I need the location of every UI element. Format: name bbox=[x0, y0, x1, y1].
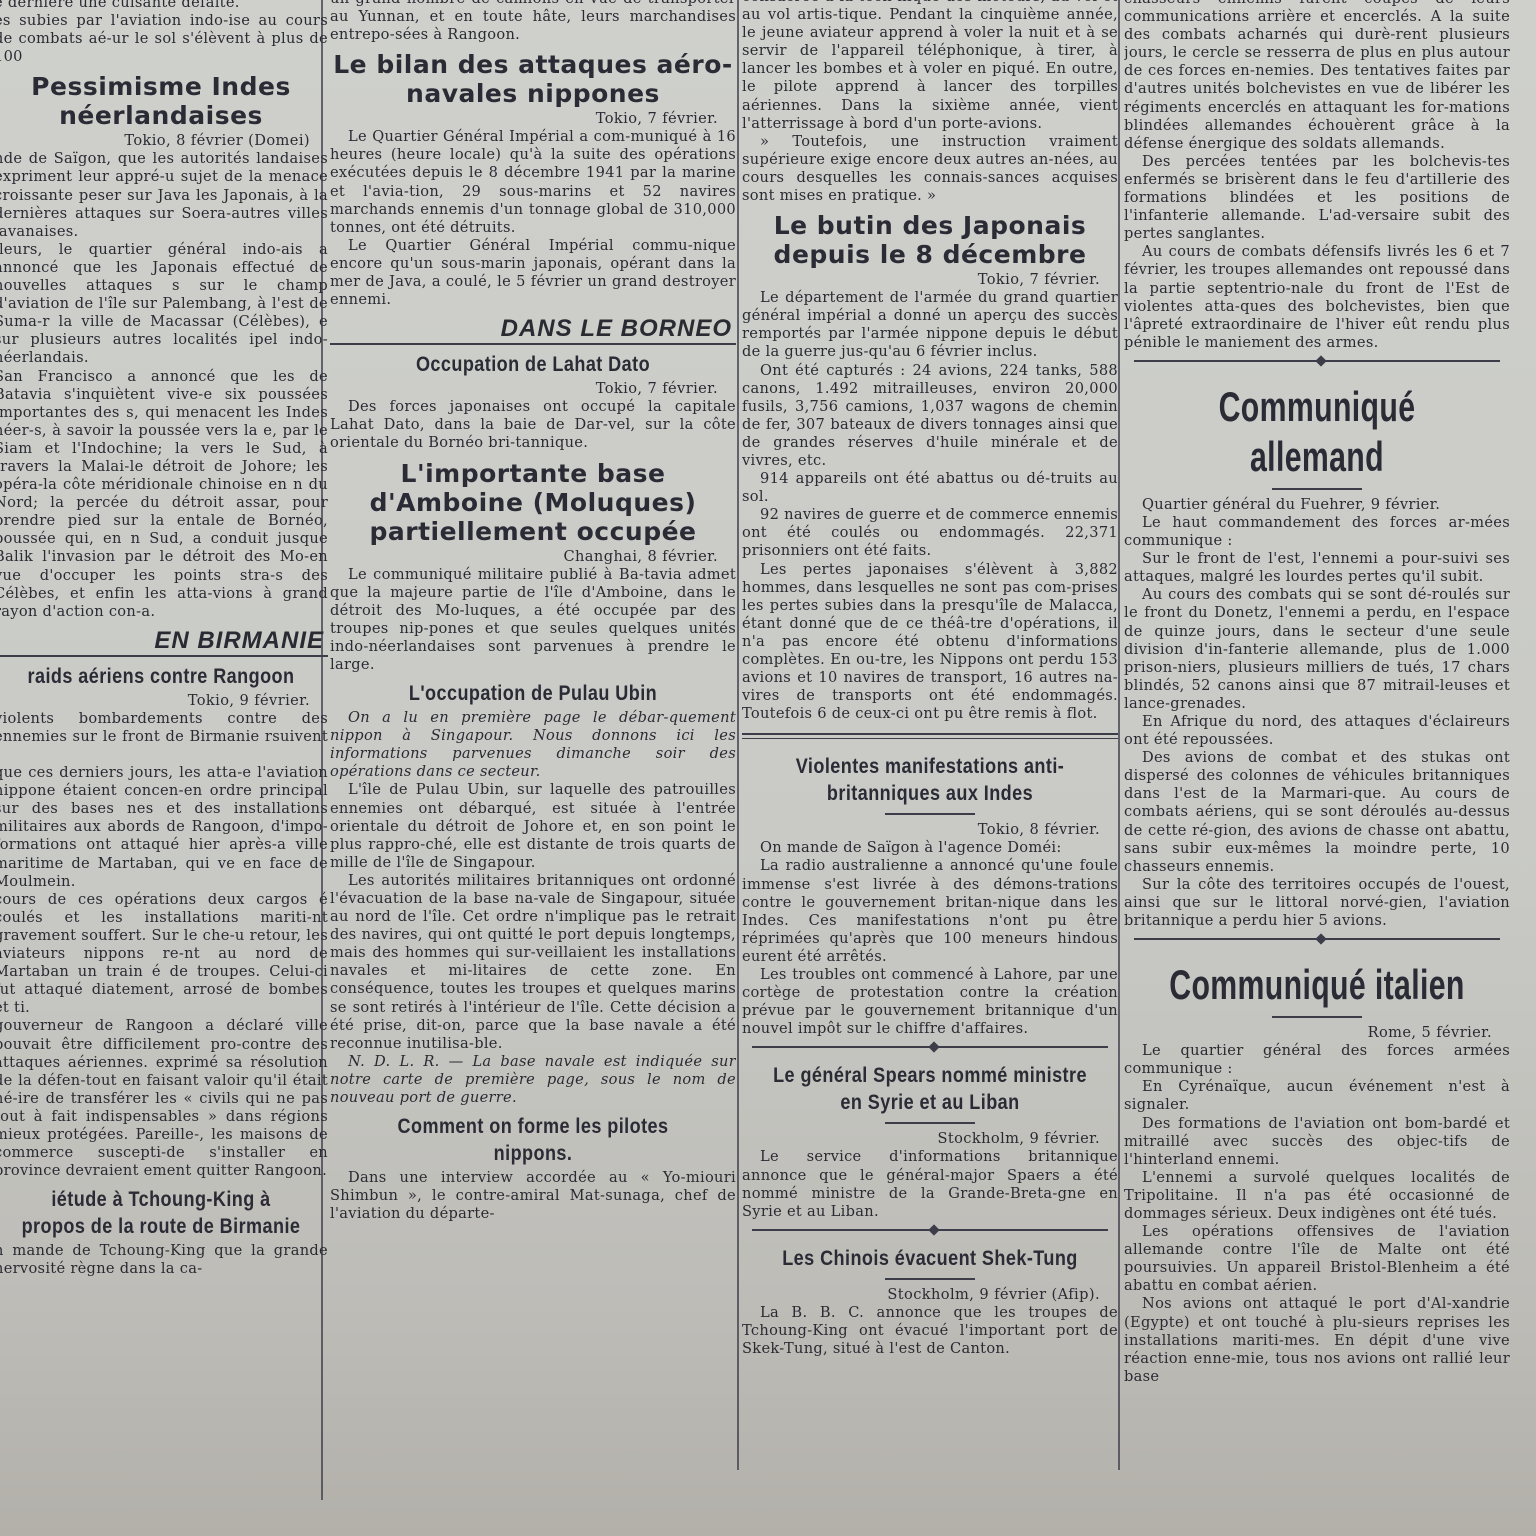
paragraph: Dans une interview accordée au « Yo-miou… bbox=[330, 1169, 736, 1223]
divider bbox=[1272, 1016, 1362, 1018]
headline: Le bilan des attaques aéro-navales nippo… bbox=[330, 50, 736, 108]
dateline: Tokio, 8 février (Domei) bbox=[0, 132, 328, 150]
paragraph: Le Quartier Général Impérial commu-nique… bbox=[330, 237, 736, 309]
paragraph: Le quartier général des forces armées co… bbox=[1124, 1042, 1510, 1078]
paragraph: cours de ces opérations deux cargos é co… bbox=[0, 891, 328, 1018]
paragraph: L'ennemi a survolé quelques localités de… bbox=[1124, 1169, 1510, 1223]
paragraph: 914 appareils ont été abattus ou dé-trui… bbox=[742, 470, 1118, 506]
paragraph: Le haut commandement des forces ar-mées … bbox=[1124, 514, 1510, 550]
paragraph: Les autorités militaires britanniques on… bbox=[330, 872, 736, 1053]
paragraph: En Afrique du nord, des attaques d'éclai… bbox=[1124, 713, 1510, 749]
divider bbox=[885, 813, 975, 815]
column-3: consacrée à la tech-nique des moteurs, a… bbox=[742, 0, 1118, 1358]
headline: Occupation de Lahat Dato bbox=[358, 351, 707, 378]
column-2: un grand nombre de camions en vue de tra… bbox=[330, 0, 736, 1223]
paragraph: chasseurs ennemis furent coupés de leurs… bbox=[1124, 0, 1510, 153]
divider bbox=[885, 1122, 975, 1124]
paragraph: Des formations de l'aviation ont bom-bar… bbox=[1124, 1115, 1510, 1169]
double-rule bbox=[742, 733, 1118, 739]
headline: Communiqué italien bbox=[1149, 960, 1485, 1010]
headline: Le général Spears nommé ministre en Syri… bbox=[768, 1062, 1091, 1116]
paragraph: consacrée à la tech-nique des moteurs, a… bbox=[742, 0, 1118, 133]
paragraph: Les troubles ont commencé à Lahore, par … bbox=[742, 966, 1118, 1038]
dateline: Stockholm, 9 février (Afip). bbox=[742, 1286, 1118, 1304]
dateline: Rome, 5 février. bbox=[1124, 1024, 1510, 1042]
column-1: e dernière une cuisante défaite.es subie… bbox=[0, 0, 328, 1278]
paragraph: un grand nombre de camions en vue de tra… bbox=[330, 0, 736, 44]
newspaper-page: e dernière une cuisante défaite.es subie… bbox=[0, 0, 1536, 1536]
paragraph: N. D. L. R. — La base navale est indiqué… bbox=[330, 1053, 736, 1107]
paragraph: Au cours de combats défensifs livrés les… bbox=[1124, 243, 1510, 352]
paragraph: Le communiqué militaire publié à Ba-tavi… bbox=[330, 566, 736, 675]
paragraph: Nos avions ont attaqué le port d'Al-xand… bbox=[1124, 1295, 1510, 1385]
paragraph: Sur le front de l'est, l'ennemi a pour-s… bbox=[1124, 550, 1510, 586]
paragraph: Des avions de combat et des stukas ont d… bbox=[1124, 749, 1510, 876]
paragraph: Au cours des combats qui se sont dé-roul… bbox=[1124, 586, 1510, 713]
paragraph: Quartier général du Fuehrer, 9 février. bbox=[1124, 496, 1510, 514]
section-heading: EN BIRMANIE bbox=[0, 627, 328, 657]
dateline: Tokio, 7 février. bbox=[330, 380, 736, 398]
headline: L'importante base d'Amboine (Moluques) p… bbox=[330, 459, 736, 546]
paragraph: violents bombardements contre des ennemi… bbox=[0, 710, 328, 764]
column-4: chasseurs ennemis furent coupés de leurs… bbox=[1124, 0, 1510, 1386]
paragraph: Des percées tentées par les bolchevis-te… bbox=[1124, 153, 1510, 243]
paragraph: e dernière une cuisante défaite. bbox=[0, 0, 328, 12]
paragraph: Ont été capturés : 24 avions, 224 tanks,… bbox=[742, 362, 1118, 471]
dateline: Changhai, 8 février. bbox=[330, 548, 736, 566]
headline: raids aériens contre Rangoon bbox=[17, 663, 304, 690]
paragraph: On mande de Saïgon à l'agence Doméi: bbox=[742, 839, 1118, 857]
headline: Communiqué allemand bbox=[1149, 382, 1485, 482]
paragraph: lleurs, le quartier général indo-ais a a… bbox=[0, 241, 328, 368]
paragraph: 92 navires de guerre et de commerce enne… bbox=[742, 506, 1118, 560]
dateline: Tokio, 7 février. bbox=[742, 271, 1118, 289]
paragraph: En Cyrénaïque, aucun événement n'est à s… bbox=[1124, 1078, 1510, 1114]
ornament-divider bbox=[752, 1229, 1108, 1237]
paragraph: que ces derniers jours, les atta-e l'avi… bbox=[0, 764, 328, 891]
column-rule bbox=[737, 0, 739, 1470]
paragraph: Des forces japonaises ont occupé la capi… bbox=[330, 398, 736, 452]
column-rule bbox=[1118, 0, 1120, 1470]
ornament-divider bbox=[1134, 938, 1500, 946]
headline: iétude à Tchoung-King à propos de la rou… bbox=[17, 1186, 304, 1240]
ornament-divider bbox=[1134, 360, 1500, 368]
paragraph: Le Quartier Général Impérial a com-muniq… bbox=[330, 128, 736, 237]
paragraph: Le service d'informations britannique an… bbox=[742, 1148, 1118, 1220]
paragraph: es subies par l'aviation indo-ise au cou… bbox=[0, 12, 328, 66]
paragraph: San Francisco a annoncé que les de Batav… bbox=[0, 368, 328, 621]
divider bbox=[1272, 488, 1362, 490]
dateline: Stockholm, 9 février. bbox=[742, 1130, 1118, 1148]
dateline: Tokio, 7 février. bbox=[330, 110, 736, 128]
paragraph: La B. B. C. annonce que les troupes de T… bbox=[742, 1304, 1118, 1358]
divider bbox=[885, 1278, 975, 1280]
paragraph: Le département de l'armée du grand quart… bbox=[742, 289, 1118, 361]
paragraph: nde de Saïgon, que les autorités landais… bbox=[0, 150, 328, 240]
paragraph: » Toutefois, une instruction vraiment su… bbox=[742, 133, 1118, 205]
paragraph: n mande de Tchoung-King que la grande ne… bbox=[0, 1242, 328, 1278]
headline: Pessimisme Indes néerlandaises bbox=[0, 72, 328, 130]
paragraph: Les pertes japonaises s'élèvent à 3,882 … bbox=[742, 561, 1118, 724]
paragraph: On a lu en première page le débar-quemen… bbox=[330, 709, 736, 781]
paragraph: Les opérations offensives de l'aviation … bbox=[1124, 1223, 1510, 1295]
dateline: Tokio, 8 février. bbox=[742, 821, 1118, 839]
paragraph: La radio australienne a annoncé qu'une f… bbox=[742, 857, 1118, 966]
headline: Les Chinois évacuent Shek-Tung bbox=[768, 1245, 1091, 1272]
section-heading: DANS LE BORNEO bbox=[330, 315, 736, 345]
headline: Le butin des Japonais depuis le 8 décemb… bbox=[742, 211, 1118, 269]
ornament-divider bbox=[752, 1046, 1108, 1054]
headline: Violentes manifestations anti-britanniqu… bbox=[768, 753, 1091, 807]
headline: Comment on forme les pilotes nippons. bbox=[358, 1113, 707, 1167]
dateline: Tokio, 9 février. bbox=[0, 692, 328, 710]
paragraph: L'île de Pulau Ubin, sur laquelle des pa… bbox=[330, 781, 736, 871]
headline: L'occupation de Pulau Ubin bbox=[358, 680, 707, 707]
paragraph: Sur la côte des territoires occupés de l… bbox=[1124, 876, 1510, 930]
paragraph: gouverneur de Rangoon a déclaré ville po… bbox=[0, 1017, 328, 1180]
